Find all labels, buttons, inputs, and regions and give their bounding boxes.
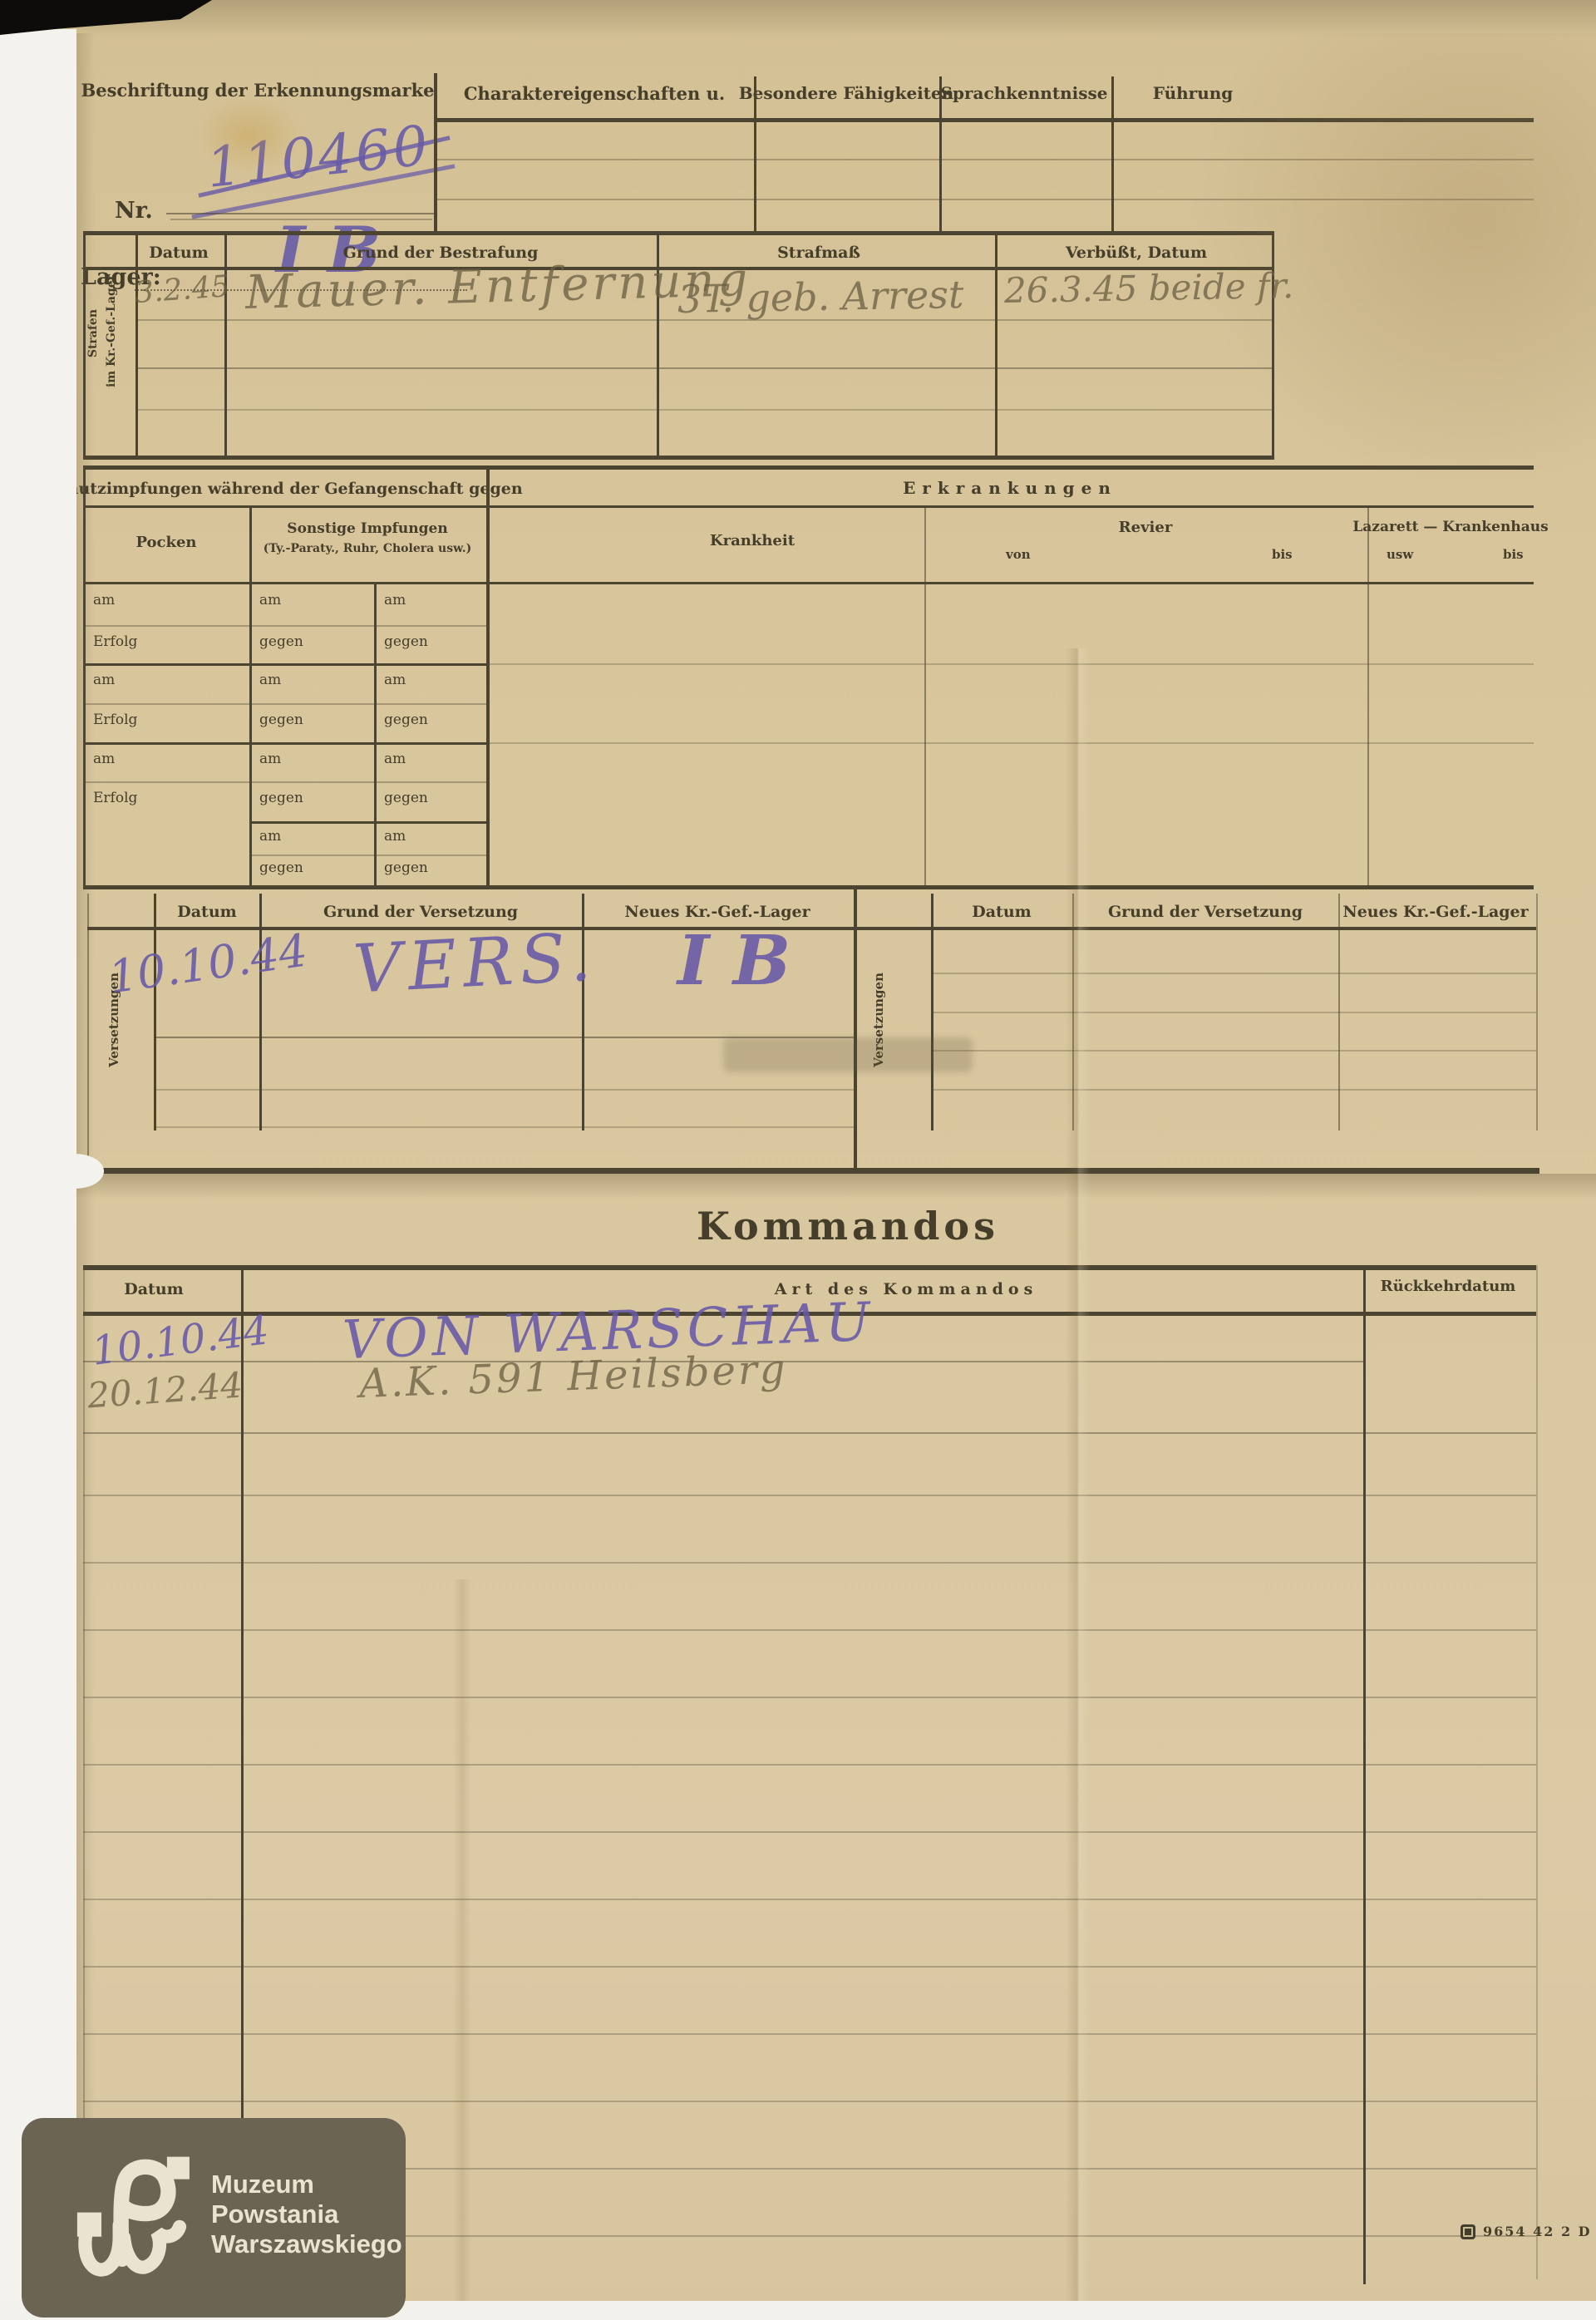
versetzungen-side-label: Versetzungen xyxy=(871,973,886,1067)
table-rule xyxy=(154,1089,854,1091)
nr-label: Nr. xyxy=(115,198,153,224)
table-rule xyxy=(249,821,486,824)
table-rule xyxy=(83,1265,1536,1270)
col-header-faehigkeiten: Besondere Fähigkeiten xyxy=(739,83,954,103)
row-label-am: am xyxy=(93,592,115,608)
table-rule xyxy=(434,199,1534,200)
col-header-lazarett-usw: usw xyxy=(1387,547,1413,562)
museum-logo-line: Muzeum xyxy=(211,2170,402,2199)
table-rule xyxy=(83,663,486,666)
table-rule xyxy=(1111,76,1114,231)
print-code: 9654 42 2 D xyxy=(1483,2224,1592,2239)
versetzungen-entry-grund: VERS. xyxy=(352,918,599,1007)
col-header-revier: Revier xyxy=(1119,519,1173,536)
table-rule xyxy=(434,73,437,231)
col-header-neues-lager: Neues Kr.-Gef.-Lager xyxy=(624,903,810,921)
table-rule xyxy=(87,894,89,1168)
faded-stamp-smudge xyxy=(723,1037,973,1072)
row-label-erfolg: Erfolg xyxy=(93,633,137,650)
col-header-fuehrung: Führung xyxy=(1153,83,1234,103)
page-bottom-border-rule xyxy=(83,1168,1539,1174)
col-header-lazarett: Lazarett — Krankenhaus xyxy=(1352,519,1548,535)
versetzungen-entry-datum: 10.10.44 xyxy=(106,924,311,1004)
strafen-entry-verbuesst: 26.3.45 beide fr. xyxy=(1004,265,1294,311)
col-header-charakter: Charaktereigenschaften u. xyxy=(464,83,725,104)
kommando-entry-datum: 10.10.44 xyxy=(89,1307,271,1375)
col-header-sonstige: Sonstige Impfungen xyxy=(287,520,447,537)
table-rule xyxy=(83,1432,1536,1434)
museum-logo-line: Powstania xyxy=(211,2199,402,2229)
col-header-datum: Datum xyxy=(124,1280,183,1298)
row-label-erfolg: Erfolg xyxy=(93,712,137,728)
col-header-grund-versetzung: Grund der Versetzung xyxy=(1108,903,1303,921)
table-rule xyxy=(83,505,1534,508)
table-rule xyxy=(135,231,138,460)
kotwica-anchor-icon xyxy=(65,2150,204,2284)
row-label-erfolg: Erfolg xyxy=(93,790,137,806)
row-label-am: am xyxy=(259,751,281,767)
strafen-entry-datum: 3.2.45 xyxy=(134,269,231,310)
row-label-am: am xyxy=(384,592,406,608)
table-rule xyxy=(434,159,1534,160)
row-label-gegen: gegen xyxy=(259,860,303,876)
scan-corner-shadow xyxy=(0,0,212,35)
table-rule xyxy=(486,465,490,888)
table-rule xyxy=(939,76,942,231)
col-header-verbuesst: Verbüßt, Datum xyxy=(1066,244,1207,262)
scanned-pow-card: Beschriftung der Erkennungsmarke Nr. 110… xyxy=(0,0,1596,2320)
table-rule xyxy=(83,582,1534,584)
table-rule xyxy=(249,505,252,888)
col-header-sonstige-sub: (Ty.-Paraty., Ruhr, Cholera usw.) xyxy=(264,542,472,555)
row-label-am: am xyxy=(93,672,115,688)
fold-shadow xyxy=(0,1174,1596,1199)
versetzungen-entry-lager: I B xyxy=(677,921,791,1001)
row-label-am: am xyxy=(93,751,115,767)
paper-fold-notch xyxy=(46,1154,104,1189)
table-rule xyxy=(931,973,1536,974)
row-label-am: am xyxy=(384,828,406,845)
row-label-gegen: gegen xyxy=(384,790,428,806)
table-rule xyxy=(931,1089,1536,1091)
table-rule xyxy=(1536,894,1538,1130)
table-rule xyxy=(931,1012,1536,1013)
table-rule xyxy=(924,505,926,888)
impfungen-group-title: Schutzimpfungen während der Gefangenscha… xyxy=(46,480,522,498)
row-label-am: am xyxy=(384,672,406,688)
table-rule xyxy=(83,465,86,888)
kommandos-title: Kommandos xyxy=(697,1204,999,1249)
row-label-gegen: gegen xyxy=(259,712,303,728)
table-rule xyxy=(83,456,1274,460)
col-header-datum: Datum xyxy=(177,903,236,921)
museum-logo-text: Muzeum Powstania Warszawskiego xyxy=(211,2170,402,2259)
table-rule xyxy=(83,742,486,745)
table-rule xyxy=(374,582,377,888)
col-header-datum: Datum xyxy=(149,244,208,262)
row-label-am: am xyxy=(259,828,281,845)
table-rule xyxy=(249,855,486,856)
table-rule xyxy=(434,118,1534,122)
strafen-side-label: im Kr.-Gef.-Lager xyxy=(105,274,118,387)
col-header-grund-versetzung: Grund der Versetzung xyxy=(323,903,518,921)
printer-emblem-icon xyxy=(1461,2224,1475,2239)
museum-watermark: Muzeum Powstania Warszawskiego xyxy=(22,2118,406,2318)
row-label-am: am xyxy=(259,672,281,688)
edge-shadow xyxy=(0,0,1596,37)
row-label-gegen: gegen xyxy=(259,633,303,650)
table-rule xyxy=(83,465,1534,470)
col-header-neues-lager: Neues Kr.-Gef.-Lager xyxy=(1342,903,1528,921)
col-header-strafmass: Strafmaß xyxy=(777,244,860,262)
col-header-revier-bis: bis xyxy=(1272,547,1293,562)
table-rule xyxy=(224,231,227,460)
museum-logo-line: Warszawskiego xyxy=(211,2229,402,2259)
strafen-entry-strafmass: 3T. geb. Arrest xyxy=(677,272,964,322)
table-rule xyxy=(154,1126,854,1128)
row-label-gegen: gegen xyxy=(384,860,428,876)
table-rule xyxy=(135,409,1274,411)
col-header-krankheit: Krankheit xyxy=(710,532,795,549)
table-rule xyxy=(83,231,86,460)
col-header-rueckkehrdatum: Rückkehrdatum xyxy=(1381,1278,1516,1295)
row-label-gegen: gegen xyxy=(384,633,428,650)
col-header-pocken: Pocken xyxy=(135,534,196,551)
table-rule xyxy=(931,1050,1536,1052)
table-rule xyxy=(486,742,1534,744)
strafen-side-label: Strafen xyxy=(86,309,100,357)
erkrankungen-title: Erkrankungen xyxy=(903,478,1117,498)
col-header-revier-von: von xyxy=(1006,547,1031,562)
row-label-am: am xyxy=(384,751,406,767)
table-rule xyxy=(83,625,486,627)
table-rule xyxy=(83,885,1534,889)
table-rule xyxy=(83,231,1274,235)
table-rule xyxy=(1367,505,1369,888)
table-rule xyxy=(83,781,486,783)
row-label-am: am xyxy=(259,592,281,608)
table-rule xyxy=(83,703,486,705)
table-rule xyxy=(754,76,756,231)
row-label-gegen: gegen xyxy=(384,712,428,728)
table-rule xyxy=(995,231,997,460)
id-block-title: Beschriftung der Erkennungsmarke xyxy=(81,80,434,101)
col-header-lazarett-bis: bis xyxy=(1503,547,1524,562)
table-rule xyxy=(486,663,1534,665)
col-header-datum: Datum xyxy=(972,903,1031,921)
table-rule xyxy=(154,1037,854,1038)
table-rule xyxy=(135,367,1274,369)
row-label-gegen: gegen xyxy=(259,790,303,806)
table-rule xyxy=(1536,1265,1538,2279)
col-header-sprachkenntnisse: Sprachkenntnisse xyxy=(941,83,1108,103)
table-rule xyxy=(87,927,1536,930)
